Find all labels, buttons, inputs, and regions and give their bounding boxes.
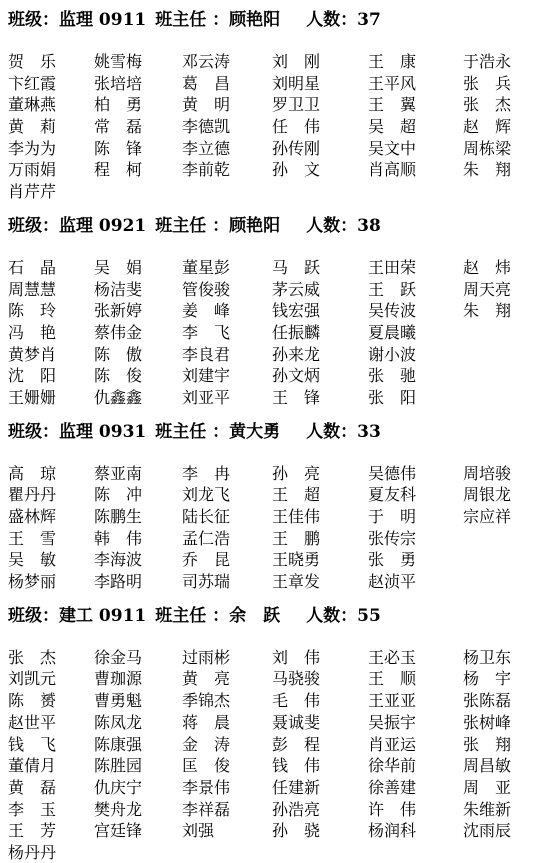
student-name: 司苏瑞 [182, 571, 272, 593]
student-name: 吴传波 [368, 300, 463, 322]
student-name: 张 兵 [463, 73, 539, 95]
student-name: 聂诚斐 [272, 712, 368, 734]
student-name: 夏友科 [368, 484, 463, 506]
student-name: 吴 敏 [8, 549, 94, 571]
student-name: 韩 伟 [94, 528, 182, 550]
student-name: 李前乾 [182, 159, 272, 181]
student-name: 周栋梁 [463, 138, 539, 160]
student-name: 赵世平 [8, 712, 94, 734]
student-name: 杨梦丽 [8, 571, 94, 593]
teacher-field: 班主任 ：余 跃 [155, 606, 280, 626]
teacher-name: 顾艳阳 [229, 216, 280, 236]
student-name: 李良君 [182, 344, 272, 366]
student-name: 于浩永 [463, 51, 539, 73]
student-name: 李为为 [8, 138, 94, 160]
student-name: 张 勇 [368, 549, 463, 571]
student-name: 刘龙飞 [182, 484, 272, 506]
class-field: 班级：监理 0911 [8, 10, 146, 30]
student-name: 沈雨辰 [463, 820, 539, 842]
class-name: 监理 0931 [59, 422, 146, 442]
student-name: 陈 赟 [8, 690, 94, 712]
student-name: 万雨娟 [8, 159, 94, 181]
student-name: 李 冉 [182, 463, 272, 485]
student-name: 罗卫卫 [272, 94, 368, 116]
student-name: 蒋 晨 [182, 712, 272, 734]
student-name: 杨丹丹 [8, 842, 94, 863]
teacher-label: 班主任 ： [155, 10, 229, 30]
student-name: 王 翼 [368, 94, 463, 116]
student-name: 刘凯元 [8, 668, 94, 690]
class-label: 班级： [8, 216, 59, 236]
student-name: 仇鑫鑫 [94, 387, 182, 409]
empty-cell [463, 344, 539, 366]
student-name: 匡 俊 [182, 755, 272, 777]
student-name: 董倩月 [8, 755, 94, 777]
student-name: 张 杰 [463, 94, 539, 116]
names-grid: 高 琼蔡亚南李 冉孙 亮吴德伟周培骏瞿丹丹陈 冲刘龙飞王 超夏友科周银龙盛林辉陈… [8, 463, 539, 593]
student-name: 王田荣 [368, 257, 463, 279]
student-name: 徐华前 [368, 755, 463, 777]
student-name: 孙 骁 [272, 820, 368, 842]
student-name: 茅云威 [272, 279, 368, 301]
student-name: 赵浈平 [368, 571, 463, 593]
student-name: 吴 超 [368, 116, 463, 138]
student-name: 王 超 [272, 484, 368, 506]
student-name: 陈康强 [94, 734, 182, 756]
student-name: 钱宏强 [272, 300, 368, 322]
class-name: 建工 0911 [59, 606, 146, 626]
class-name: 监理 0911 [59, 10, 146, 30]
student-name: 王佳伟 [272, 506, 368, 528]
class-field: 班级：建工 0911 [8, 606, 146, 626]
student-name: 杨洁斐 [94, 279, 182, 301]
student-name: 陈鹏生 [94, 506, 182, 528]
count-field: 人数：37 [306, 10, 381, 30]
student-name: 刘强 [182, 820, 272, 842]
empty-cell [463, 387, 539, 409]
teacher-label: 班主任 ： [155, 606, 229, 626]
teacher-name: 余 跃 [229, 606, 280, 626]
student-name: 李 飞 [182, 322, 272, 344]
student-name: 蔡伟金 [94, 322, 182, 344]
class-section: 班级：监理 0911班主任 ：顾艳阳人数：37 贺 乐姚雪梅邓云涛刘 刚王 康于… [8, 9, 539, 203]
class-label: 班级： [8, 10, 59, 30]
empty-cell [94, 842, 182, 863]
student-name: 姚雪梅 [94, 51, 182, 73]
class-label: 班级： [8, 606, 59, 626]
student-name: 李路明 [94, 571, 182, 593]
student-name: 陈胜园 [94, 755, 182, 777]
teacher-label: 班主任 ： [155, 422, 229, 442]
student-name: 刘 刚 [272, 51, 368, 73]
class-roster-document: 班级：监理 0911班主任 ：顾艳阳人数：37 贺 乐姚雪梅邓云涛刘 刚王 康于… [0, 0, 539, 863]
student-count: 37 [357, 10, 381, 30]
student-name: 王 芳 [8, 820, 94, 842]
count-label: 人数： [306, 216, 357, 236]
student-name: 贺 乐 [8, 51, 94, 73]
student-name: 樊舟龙 [94, 799, 182, 821]
student-name: 张 翔 [463, 734, 539, 756]
student-name: 葛 昌 [182, 73, 272, 95]
student-name: 周天亮 [463, 279, 539, 301]
student-name: 黄 莉 [8, 116, 94, 138]
student-name: 毛 伟 [272, 690, 368, 712]
student-name: 李海波 [94, 549, 182, 571]
student-name: 肖亚运 [368, 734, 463, 756]
student-name: 朱 翔 [463, 159, 539, 181]
student-name: 孙浩亮 [272, 799, 368, 821]
student-name: 朱 翔 [463, 300, 539, 322]
student-name: 张树峰 [463, 712, 539, 734]
student-name: 任建新 [272, 777, 368, 799]
student-name: 许 伟 [368, 799, 463, 821]
section-header: 班级：监理 0921班主任 ：顾艳阳人数：38 [8, 215, 539, 237]
student-name: 高 琼 [8, 463, 94, 485]
class-section: 班级：监理 0931班主任 ：黄大勇人数：33 高 琼蔡亚南李 冉孙 亮吴德伟周… [8, 421, 539, 593]
student-name: 王 雪 [8, 528, 94, 550]
student-name: 张 杰 [8, 647, 94, 669]
student-count: 38 [357, 216, 381, 236]
student-name: 钱 伟 [272, 755, 368, 777]
student-name: 张培培 [94, 73, 182, 95]
student-name: 冯 艳 [8, 322, 94, 344]
student-name: 周慧慧 [8, 279, 94, 301]
class-field: 班级：监理 0921 [8, 216, 146, 236]
empty-cell [94, 181, 182, 203]
student-name: 钱 飞 [8, 734, 94, 756]
student-name: 夏晨曦 [368, 322, 463, 344]
section-header: 班级：建工 0911班主任 ：余 跃人数：55 [8, 605, 539, 627]
section-header: 班级：监理 0931班主任 ：黄大勇人数：33 [8, 421, 539, 443]
student-name: 孙文炳 [272, 365, 368, 387]
student-name: 卞红霞 [8, 73, 94, 95]
student-name: 朱维新 [463, 799, 539, 821]
student-name: 黄 亮 [182, 668, 272, 690]
student-name: 姜 峰 [182, 300, 272, 322]
empty-cell [272, 181, 368, 203]
class-name: 监理 0921 [59, 216, 146, 236]
student-name: 于 明 [368, 506, 463, 528]
empty-cell [463, 365, 539, 387]
student-name: 宗应祥 [463, 506, 539, 528]
student-name: 孙 文 [272, 159, 368, 181]
student-name: 李德凯 [182, 116, 272, 138]
count-field: 人数：55 [306, 606, 381, 626]
student-name: 陈 锋 [94, 138, 182, 160]
student-name: 沈 阳 [8, 365, 94, 387]
teacher-field: 班主任 ：黄大勇 [155, 422, 280, 442]
student-name: 董星彭 [182, 257, 272, 279]
student-name: 陈 玲 [8, 300, 94, 322]
student-name: 常 磊 [94, 116, 182, 138]
student-name: 王 跃 [368, 279, 463, 301]
student-name: 谢小波 [368, 344, 463, 366]
student-name: 王亚亚 [368, 690, 463, 712]
count-label: 人数： [306, 606, 357, 626]
student-name: 黄 明 [182, 94, 272, 116]
student-name: 周培骏 [463, 463, 539, 485]
student-name: 张传宗 [368, 528, 463, 550]
student-name: 董琳燕 [8, 94, 94, 116]
empty-cell [182, 181, 272, 203]
student-name: 王姗姗 [8, 387, 94, 409]
student-name: 柏 勇 [94, 94, 182, 116]
student-name: 陆长征 [182, 506, 272, 528]
class-section: 班级：监理 0921班主任 ：顾艳阳人数：38 石 晶吴 娟董星彭马 跃王田荣赵… [8, 215, 539, 409]
student-name: 季锦杰 [182, 690, 272, 712]
student-name: 肖高顺 [368, 159, 463, 181]
count-field: 人数：38 [306, 216, 381, 236]
student-name: 马 跃 [272, 257, 368, 279]
student-name: 蔡亚南 [94, 463, 182, 485]
student-name: 杨 宇 [463, 668, 539, 690]
student-name: 周银龙 [463, 484, 539, 506]
student-name: 杨卫东 [463, 647, 539, 669]
student-name: 石 晶 [8, 257, 94, 279]
student-count: 55 [357, 606, 381, 626]
student-name: 王必玉 [368, 647, 463, 669]
student-name: 李祥磊 [182, 799, 272, 821]
student-name: 宫廷锋 [94, 820, 182, 842]
student-name: 吴文中 [368, 138, 463, 160]
empty-cell [463, 528, 539, 550]
student-name: 吴振宇 [368, 712, 463, 734]
empty-cell [463, 571, 539, 593]
empty-cell [463, 842, 539, 863]
student-name: 曹珈源 [94, 668, 182, 690]
empty-cell [463, 549, 539, 571]
student-name: 孙传刚 [272, 138, 368, 160]
student-name: 王章发 [272, 571, 368, 593]
teacher-name: 黄大勇 [229, 422, 280, 442]
student-name: 李立德 [182, 138, 272, 160]
student-name: 金 涛 [182, 734, 272, 756]
student-name: 徐善建 [368, 777, 463, 799]
empty-cell [368, 181, 463, 203]
student-name: 马骁骏 [272, 668, 368, 690]
class-field: 班级：监理 0931 [8, 422, 146, 442]
student-name: 刘建宇 [182, 365, 272, 387]
student-name: 徐金马 [94, 647, 182, 669]
student-name: 周昌敏 [463, 755, 539, 777]
student-name: 陈 冲 [94, 484, 182, 506]
student-name: 孙 亮 [272, 463, 368, 485]
student-name: 赵 炜 [463, 257, 539, 279]
student-name: 乔 昆 [182, 549, 272, 571]
student-name: 王 鹏 [272, 528, 368, 550]
empty-cell [368, 842, 463, 863]
student-name: 管俊骏 [182, 279, 272, 301]
count-label: 人数： [306, 10, 357, 30]
student-name: 王 顺 [368, 668, 463, 690]
student-name: 黄 磊 [8, 777, 94, 799]
student-name: 王 锋 [272, 387, 368, 409]
student-name: 肖芹芹 [8, 181, 94, 203]
empty-cell [463, 181, 539, 203]
names-grid: 石 晶吴 娟董星彭马 跃王田荣赵 炜周慧慧杨洁斐管俊骏茅云威王 跃周天亮陈 玲张… [8, 257, 539, 409]
student-name: 瞿丹丹 [8, 484, 94, 506]
empty-cell [272, 842, 368, 863]
count-field: 人数：33 [306, 422, 381, 442]
student-name: 邓云涛 [182, 51, 272, 73]
student-name: 周 亚 [463, 777, 539, 799]
student-name: 过雨彬 [182, 647, 272, 669]
student-name: 曹勇魁 [94, 690, 182, 712]
student-name: 黄梦肖 [8, 344, 94, 366]
student-name: 王 康 [368, 51, 463, 73]
student-name: 李 玉 [8, 799, 94, 821]
teacher-field: 班主任 ：顾艳阳 [155, 10, 280, 30]
section-header: 班级：监理 0911班主任 ：顾艳阳人数：37 [8, 9, 539, 31]
student-name: 张 驰 [368, 365, 463, 387]
student-name: 刘 伟 [272, 647, 368, 669]
student-name: 任 伟 [272, 116, 368, 138]
student-name: 吴德伟 [368, 463, 463, 485]
student-name: 孙来龙 [272, 344, 368, 366]
student-name: 刘亚平 [182, 387, 272, 409]
student-name: 陈凤龙 [94, 712, 182, 734]
empty-cell [463, 322, 539, 344]
student-name: 王晓勇 [272, 549, 368, 571]
student-name: 王平风 [368, 73, 463, 95]
student-name: 吴 娟 [94, 257, 182, 279]
class-label: 班级： [8, 422, 59, 442]
student-count: 33 [357, 422, 381, 442]
names-grid: 贺 乐姚雪梅邓云涛刘 刚王 康于浩永卞红霞张培培葛 昌刘明星王平风张 兵董琳燕柏… [8, 51, 539, 203]
names-grid: 张 杰徐金马过雨彬刘 伟王必玉杨卫东刘凯元曹珈源黄 亮马骁骏王 顺杨 宇陈 赟曹… [8, 647, 539, 863]
student-name: 张 阳 [368, 387, 463, 409]
student-name: 刘明星 [272, 73, 368, 95]
student-name: 陈 傲 [94, 344, 182, 366]
student-name: 赵 辉 [463, 116, 539, 138]
teacher-name: 顾艳阳 [229, 10, 280, 30]
student-name: 张陈磊 [463, 690, 539, 712]
teacher-label: 班主任 ： [155, 216, 229, 236]
student-name: 仇庆宁 [94, 777, 182, 799]
student-name: 孟仁浩 [182, 528, 272, 550]
teacher-field: 班主任 ：顾艳阳 [155, 216, 280, 236]
student-name: 彭 程 [272, 734, 368, 756]
class-section: 班级：建工 0911班主任 ：余 跃人数：55 张 杰徐金马过雨彬刘 伟王必玉杨… [8, 605, 539, 863]
student-name: 任振麟 [272, 322, 368, 344]
student-name: 李景伟 [182, 777, 272, 799]
student-name: 陈 俊 [94, 365, 182, 387]
count-label: 人数： [306, 422, 357, 442]
student-name: 张新婷 [94, 300, 182, 322]
student-name: 程 柯 [94, 159, 182, 181]
student-name: 盛林辉 [8, 506, 94, 528]
student-name: 杨润科 [368, 820, 463, 842]
empty-cell [182, 842, 272, 863]
